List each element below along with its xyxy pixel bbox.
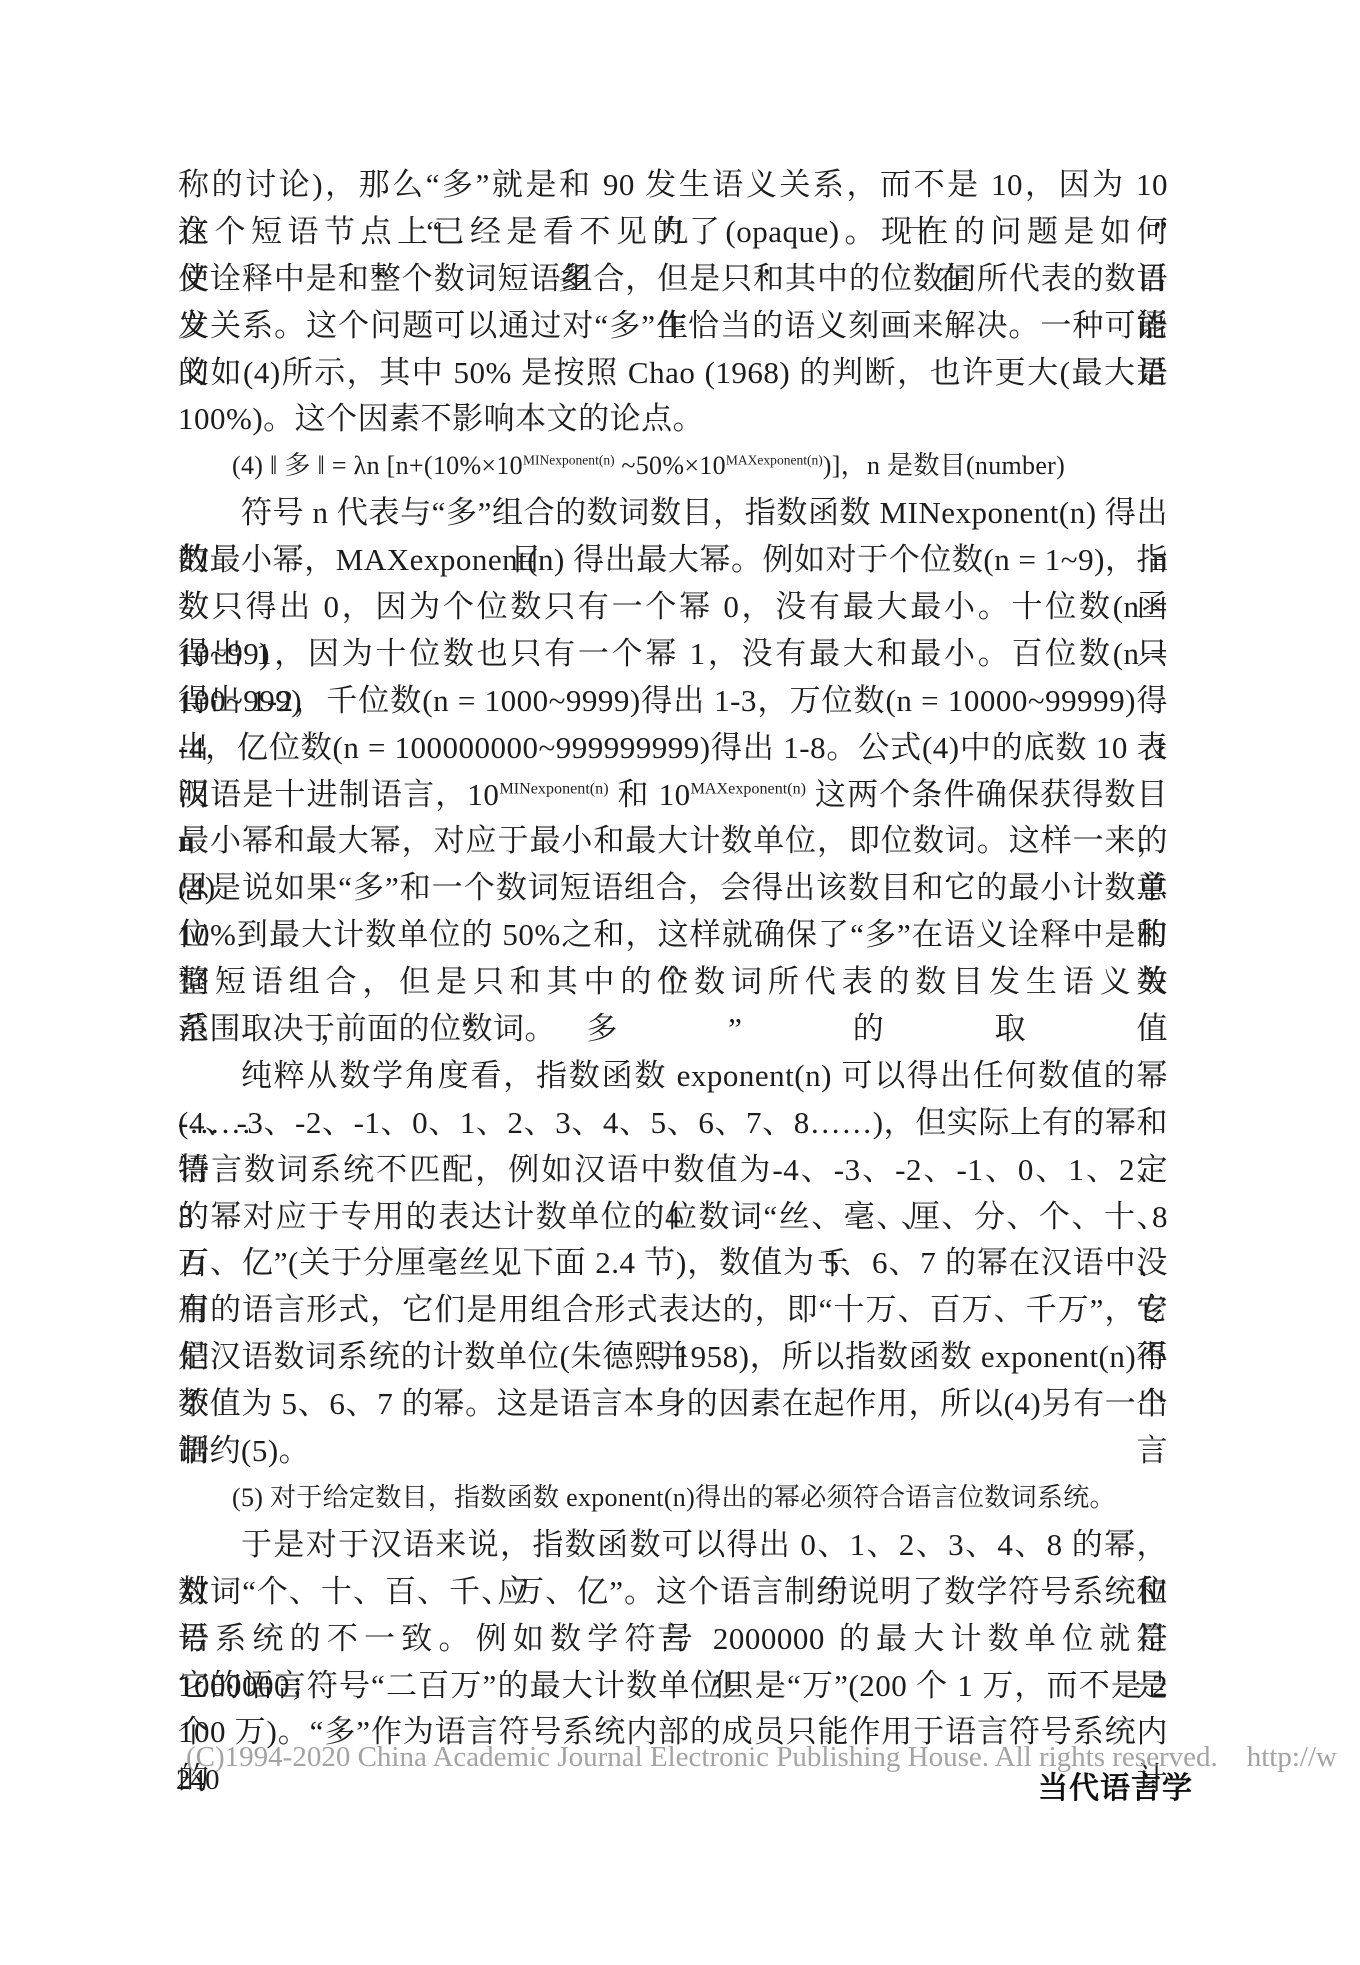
text-line: 称的讨论)，那么“多”就是和 90 发生语义关系，而不是 10，因为 10 在“… bbox=[178, 162, 1168, 209]
document-page: 称的讨论)，那么“多”就是和 90 发生语义关系，而不是 10，因为 10 在“… bbox=[0, 0, 1360, 1965]
text-line: 这个短语节点上已经是看不见的了(opaque)。现在的问题是如何使“多”在语 bbox=[178, 209, 1168, 256]
journal-name: 当代语言学 bbox=[1038, 1763, 1193, 1807]
text-line: 最小幂和最大幂，对应于最小和最大计数单位，即位数词。这样一来，(4)意 bbox=[178, 818, 1168, 865]
text-line: 万、亿”(关于分厘毫丝见下面 2.4 节)，数值为 5、6、7 的幂在汉语中没有… bbox=[178, 1240, 1168, 1287]
text-line: 于是对于汉语来说，指数函数可以得出 0、1、2、3、4、8 的幂，对应于位 bbox=[178, 1522, 1168, 1569]
constraint-5-line: (5) 对于给定数目，指数函数 exponent(n)得出的幂必须符合语言位数词… bbox=[178, 1475, 1168, 1522]
page-number: 240 bbox=[176, 1764, 220, 1797]
text-line: 词短语组合，但是只和其中的位数词所代表的数目发生语义关系，“多”的取值 bbox=[178, 959, 1168, 1006]
text-line: 的幂对应于专用的表达计数单位的位数词“丝、毫、厘、分、个、十、百、千、 bbox=[178, 1194, 1168, 1241]
text-line: 纯粹从数学角度看，指数函数 exponent(n) 可以得出任何数值的幂(…… bbox=[178, 1053, 1168, 1100]
text-line: 数值为 5、6、7 的幂。这是语言本身的因素在起作用，所以(4)另有一个语言 bbox=[178, 1381, 1168, 1428]
text-line: 的最小幂，MAXexponent(n) 得出最大幂。例如对于个位数(n = 1~… bbox=[178, 537, 1168, 584]
text-line: 思是说如果“多”和一个数词短语组合，会得出该数目和它的最小计数单位的 bbox=[178, 865, 1168, 912]
text-line: -4、-3、-2、-1、0、1、2、3、4、5、6、7、8……)，但实际上有的幂… bbox=[178, 1100, 1168, 1147]
text-line: 它的语言符号“二百万”的最大计数单位只是“万”(200 个 1 万，而不是 2 … bbox=[178, 1663, 1168, 1710]
text-line: 语言数词系统不匹配，例如汉语中数值为-4、-3、-2、-1、0、1、2、3、4、… bbox=[178, 1147, 1168, 1194]
text-line: -4，亿位数(n = 100000000~999999999)得出 1-8。公式… bbox=[178, 725, 1168, 772]
body-text: 称的讨论)，那么“多”就是和 90 发生语义关系，而不是 10，因为 10 在“… bbox=[178, 162, 1168, 1756]
text-line: 义如(4)所示，其中 50% 是按照 Chao (1968) 的判断，也许更大(… bbox=[178, 350, 1168, 397]
text-line: 是汉语数词系统的计数单位(朱德熙 1958)，所以指数函数 exponent(n… bbox=[178, 1334, 1168, 1381]
text-line: 得出 1-2，千位数(n = 1000~9999)得出 1-3，万位数(n = … bbox=[178, 678, 1168, 725]
text-line: 义诠释中是和整个数词短语组合，但是只和其中的位数词所代表的数目发生语 bbox=[178, 256, 1168, 303]
text-line: 号系统的不一致。例如数学符号 2000000 的最大计数单位就是 1000000… bbox=[178, 1616, 1168, 1663]
text-line: 10%到最大计数单位的 50%之和，这样就确保了“多”在语义诠释中是和整个数 bbox=[178, 912, 1168, 959]
text-line: 100%)。这个因素不影响本文的论点。 bbox=[178, 396, 1168, 443]
text-line: 义关系。这个问题可以通过对“多”作恰当的语义刻画来解决。一种可能的语 bbox=[178, 303, 1168, 350]
text-line: 得出 1，因为十位数也只有一个幂 1，没有最大和最小。百位数(n = 100~9… bbox=[178, 631, 1168, 678]
exponent-conditions-line: 汉语是十进制语言，10MINexponent(n) 和 10MAXexponen… bbox=[178, 772, 1168, 819]
text-line: 数词“个、十、百、千、万、亿”。这个语言制约说明了数学符号系统和语言符 bbox=[178, 1569, 1168, 1616]
text-line: 用的语言形式，它们是用组合形式表达的，即“十万、百万、千万”，它们并不 bbox=[178, 1287, 1168, 1334]
formula-4-line: (4) ‖ 多 ‖ = λn [n+(10%×10MINexponent(n) … bbox=[178, 443, 1168, 490]
text-line: 符号 n 代表与“多”组合的数词数目，指数函数 MINexponent(n) 得… bbox=[178, 490, 1168, 537]
text-line: 数只得出 0，因为个位数只有一个幂 0，没有最大最小。十位数(n = 10~99… bbox=[178, 584, 1168, 631]
